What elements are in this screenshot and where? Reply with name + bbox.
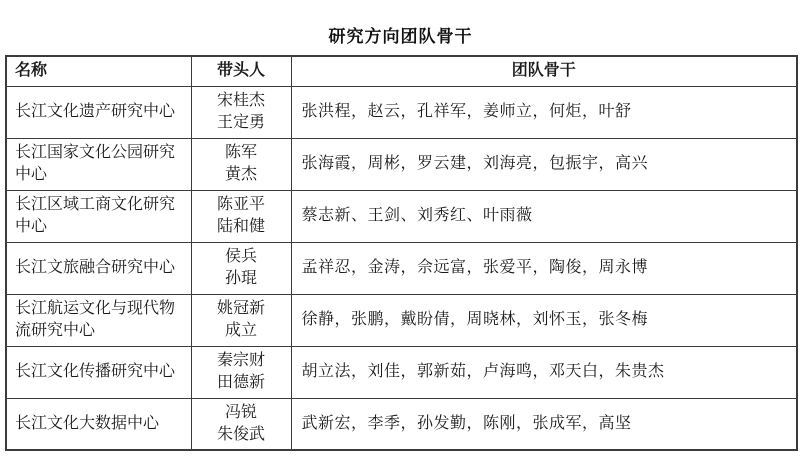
- table-row: 长江航运文化与现代物流研究中心 姚冠新 成立 徐静，张鹏，戴盼倩，周晓林，刘怀玉…: [6, 294, 797, 346]
- leader-name: 黄杰: [194, 164, 289, 186]
- members-cell: 武新宏，李季，孙发勤，陈刚，张成军，高坚: [291, 398, 797, 450]
- leaders-cell: 冯锐 朱俊武: [191, 398, 291, 450]
- header-cell-team: 团队骨干: [291, 56, 797, 86]
- center-name-cell: 长江航运文化与现代物流研究中心: [6, 294, 191, 346]
- members-cell: 胡立法，刘佳，郭新茹，卢海鸣，邓天白，朱贵杰: [291, 346, 797, 398]
- research-teams-table: 名称 带头人 团队骨干 长江文化遗产研究中心 宋桂杰 王定勇 张洪程，赵云，孔祥…: [5, 55, 798, 451]
- center-name-cell: 长江文旅融合研究中心: [6, 242, 191, 294]
- members-cell: 徐静，张鹏，戴盼倩，周晓林，刘怀玉，张冬梅: [291, 294, 797, 346]
- table-row: 长江文化遗产研究中心 宋桂杰 王定勇 张洪程，赵云，孔祥军，姜师立，何炬，叶舒: [6, 86, 797, 138]
- leader-name: 秦宗财: [194, 350, 289, 372]
- leader-name: 朱俊武: [194, 424, 289, 446]
- leaders-cell: 姚冠新 成立: [191, 294, 291, 346]
- leader-name: 冯锐: [194, 402, 289, 424]
- leaders-cell: 侯兵 孙琨: [191, 242, 291, 294]
- center-name-cell: 长江文化遗产研究中心: [6, 86, 191, 138]
- center-name-cell: 长江区域工商文化研究中心: [6, 190, 191, 242]
- center-name-cell: 长江文化传播研究中心: [6, 346, 191, 398]
- leader-name: 王定勇: [194, 112, 289, 134]
- page-title: 研究方向团队骨干: [0, 0, 801, 55]
- leader-name: 陆和健: [194, 216, 289, 238]
- document-page: 研究方向团队骨干 名称 带头人 团队骨干 长江文化遗产研究中心 宋桂杰 王定勇 …: [0, 0, 801, 456]
- leader-name: 宋桂杰: [194, 90, 289, 112]
- leaders-cell: 陈亚平 陆和健: [191, 190, 291, 242]
- leader-name: 田德新: [194, 372, 289, 394]
- table-row: 长江文旅融合研究中心 侯兵 孙琨 孟祥忍，金涛，佘远富，张爱平，陶俊，周永博: [6, 242, 797, 294]
- members-cell: 张洪程，赵云，孔祥军，姜师立，何炬，叶舒: [291, 86, 797, 138]
- leader-name: 姚冠新: [194, 298, 289, 320]
- header-cell-leader: 带头人: [191, 56, 291, 86]
- leader-name: 侯兵: [194, 246, 289, 268]
- table-row: 长江文化大数据中心 冯锐 朱俊武 武新宏，李季，孙发勤，陈刚，张成军，高坚: [6, 398, 797, 450]
- members-cell: 孟祥忍，金涛，佘远富，张爱平，陶俊，周永博: [291, 242, 797, 294]
- leaders-cell: 陈军 黄杰: [191, 138, 291, 190]
- header-cell-name: 名称: [6, 56, 191, 86]
- leaders-cell: 宋桂杰 王定勇: [191, 86, 291, 138]
- leaders-cell: 秦宗财 田德新: [191, 346, 291, 398]
- center-name-cell: 长江文化大数据中心: [6, 398, 191, 450]
- members-cell: 张海霞，周彬，罗云建，刘海亮，包振宇，高兴: [291, 138, 797, 190]
- table-row: 长江文化传播研究中心 秦宗财 田德新 胡立法，刘佳，郭新茹，卢海鸣，邓天白，朱贵…: [6, 346, 797, 398]
- leader-name: 孙琨: [194, 268, 289, 290]
- table-header-row: 名称 带头人 团队骨干: [6, 56, 797, 86]
- leader-name: 陈亚平: [194, 194, 289, 216]
- leader-name: 陈军: [194, 142, 289, 164]
- leader-name: 成立: [194, 320, 289, 342]
- table-row: 长江国家文化公园研究中心 陈军 黄杰 张海霞，周彬，罗云建，刘海亮，包振宇，高兴: [6, 138, 797, 190]
- table-row: 长江区域工商文化研究中心 陈亚平 陆和健 蔡志新、王剑、刘秀红、叶雨薇: [6, 190, 797, 242]
- center-name-cell: 长江国家文化公园研究中心: [6, 138, 191, 190]
- members-cell: 蔡志新、王剑、刘秀红、叶雨薇: [291, 190, 797, 242]
